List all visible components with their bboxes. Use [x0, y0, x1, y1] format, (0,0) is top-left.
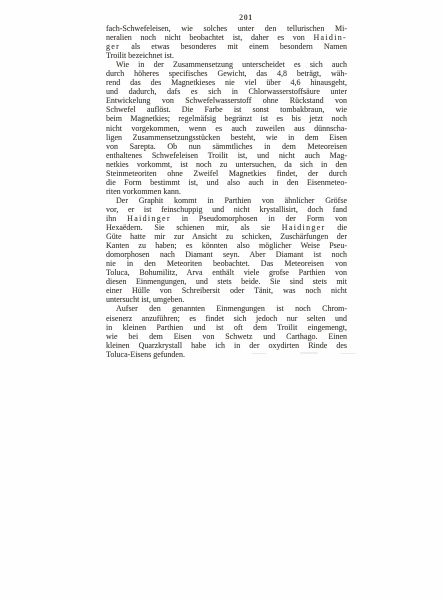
text-line: nicht vorgekommen, wenn es auch zuweilen… [106, 124, 347, 133]
text-line: von Sarepta. Ob nun sämmtliches in dem M… [106, 142, 347, 151]
paragraph: Der Graphit kommt in Parthien von ähnlic… [106, 196, 347, 305]
text-line: durch höheres specifisches Gewicht, das … [106, 69, 347, 78]
text-line: Schwefel auflöst. Die Farbe ist sonst to… [106, 105, 347, 114]
text-line: Kanten zu haben; es könnten also möglich… [106, 241, 347, 250]
text-line: neralien noch nicht beobachtet ist, dahe… [106, 33, 347, 42]
scan-speck [300, 352, 318, 354]
text-line: nie in den Meteoriten beobachtet. Das Me… [106, 259, 347, 268]
text-line: ger als etwas besonderes mit einem beson… [106, 42, 347, 51]
text-line: Wie in der Zusammensetzung unterscheidet… [106, 60, 347, 69]
text-line: Toluca, Bohumilitz, Arva enthält viele g… [106, 268, 347, 277]
text-line: Aufser den genannten Einmengungen ist no… [106, 304, 347, 313]
text-line: beim Magnetkies; regelmäfsig begränzt is… [106, 114, 347, 123]
text-line: Entwickelung von Schwefelwasserstoff ohn… [106, 96, 347, 105]
paragraph: fach-Schwefeleisen, wie solches unter de… [106, 24, 347, 60]
text-line: domorphosen nach Diamant seyn. Aber Diam… [106, 250, 347, 259]
text-line: die Form bestimmt ist, und also auch in … [106, 178, 347, 187]
text-line: in kleinen Parthien und ist oft dem Troi… [106, 323, 347, 332]
text-line: Hexaëdern. Sie schienen mir, als sie Hai… [106, 223, 347, 232]
text-line: riten vorkommen kann. [106, 187, 347, 196]
text-line: eisenerz anzuführen; es findet sich jedo… [106, 314, 347, 323]
text-line: enthaltenes Schwefeleisen Troilit ist, u… [106, 151, 347, 160]
text-line: einer Hülle von Schreibersit oder Tänit,… [106, 286, 347, 295]
scan-speck [340, 353, 356, 354]
text-line: diesen Einmengungen, und stets beide. Si… [106, 277, 347, 286]
text-block: fach-Schwefeleisen, wie solches unter de… [106, 24, 347, 359]
text-line: fach-Schwefeleisen, wie solches unter de… [106, 24, 347, 33]
book-page: 201 fach-Schwefeleisen, wie solches unte… [0, 0, 443, 599]
paragraph: Aufser den genannten Einmengungen ist no… [106, 304, 347, 358]
text-line: Steinmeteoriten ohne Zweifel Magnetkies … [106, 169, 347, 178]
emphasized-name: Haidin- [313, 33, 347, 42]
text-line: wie bei dem Eisen von Schwetz und Cartha… [106, 332, 347, 341]
text-line: ihn Haidinger in Pseudomorphosen in der … [106, 214, 347, 223]
text-line: Der Graphit kommt in Parthien von ähnlic… [106, 196, 347, 205]
emphasized-name: Haidinger [282, 223, 326, 232]
scan-speck [328, 45, 333, 46]
text-line: Güte hatte mir zur Ansicht zu schicken, … [106, 232, 347, 241]
text-line: netkies vorkommt, ist noch zu untersuche… [106, 160, 347, 169]
text-line: kleinen Quarzkrystall habe ich in der ox… [106, 341, 347, 350]
emphasized-name: ger [106, 42, 120, 51]
text-line: Troilit bezeichnet ist. [106, 51, 347, 60]
emphasized-name: Haidinger [127, 214, 171, 223]
text-line: rend das des Magnetkieses nie viel über … [106, 78, 347, 87]
page-number: 201 [239, 13, 253, 22]
text-line: vor, er ist feinschuppig und nicht kryst… [106, 205, 347, 214]
scan-speck [252, 353, 266, 354]
text-line: ligen Zusammensetzungsstücken besteht, w… [106, 133, 347, 142]
text-line: untersucht ist, umgeben. [106, 295, 347, 304]
text-line: und dadurch, dafs es sich in Chlorwasser… [106, 87, 347, 96]
paragraph: Wie in der Zusammensetzung unterscheidet… [106, 60, 347, 196]
